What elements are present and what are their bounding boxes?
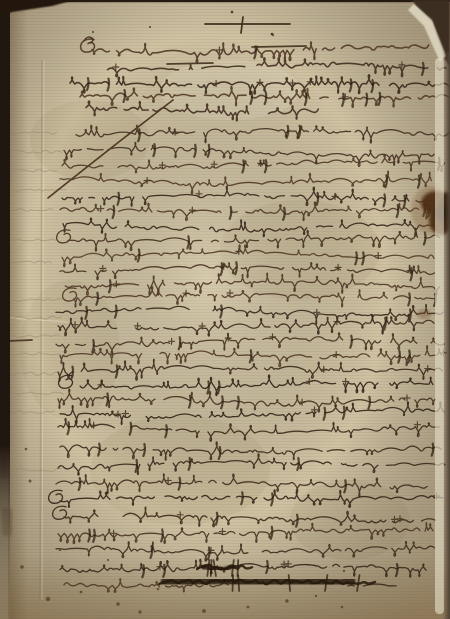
- foxing-speckle: [272, 34, 274, 36]
- small-ink-smudge-tick: [211, 560, 212, 576]
- flourish-dash: [252, 46, 306, 47]
- small-ink-smudge-tick: [238, 560, 239, 576]
- foxing-speckle: [138, 610, 141, 613]
- foxing-speckle: [285, 599, 288, 602]
- foxing-speckle: [149, 26, 151, 28]
- foxing-speckle: [107, 559, 109, 561]
- foxing-speckle: [231, 11, 233, 13]
- foxing-speckle: [20, 565, 24, 569]
- right-torn-edge-highlight: [435, 58, 444, 614]
- top-edge-shadow: [60, 0, 412, 3]
- foxing-speckle: [341, 606, 344, 609]
- foxing-speckle: [202, 609, 206, 613]
- foxing-speckle: [343, 570, 345, 572]
- foxing-speckle: [157, 588, 160, 591]
- foxing-speckle: [59, 549, 61, 551]
- manuscript-page-photo: Manuscript folio: illegible Spanish curs…: [0, 0, 450, 619]
- bottom-shading: [0, 555, 450, 619]
- foxing-speckle: [29, 480, 32, 483]
- faint-edge-stain: [417, 309, 431, 319]
- foxing-speckle: [80, 591, 83, 594]
- foxing-speckle: [116, 602, 120, 606]
- flourish-dash: [167, 63, 213, 64]
- foxing-speckle: [315, 595, 317, 597]
- foxing-speckle: [46, 597, 50, 601]
- right-page-gap: [443, 52, 450, 619]
- manuscript-canvas: [0, 0, 450, 619]
- left-backing-strip: [0, 0, 10, 619]
- foxing-speckle: [247, 606, 250, 609]
- flourish-dash: [8, 340, 32, 341]
- foxing-speckle: [25, 448, 28, 451]
- inked-out-blot-tick: [238, 575, 239, 591]
- inked-out-blot-tick: [233, 575, 234, 591]
- foxing-speckle: [92, 31, 94, 33]
